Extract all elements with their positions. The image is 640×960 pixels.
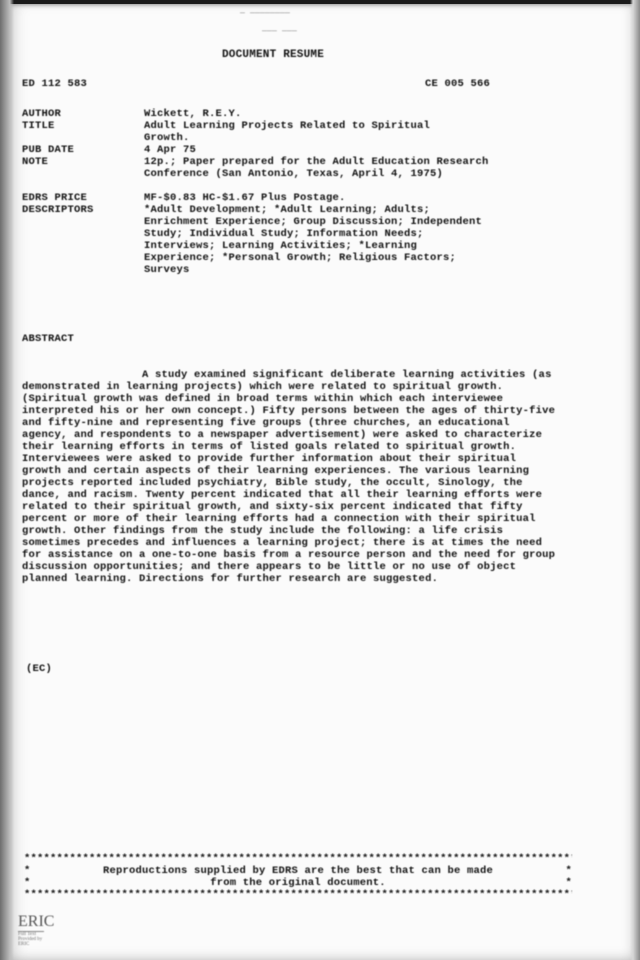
document-title: DOCUMENT RESUME	[222, 49, 324, 61]
field-pub-date: PUB DATE 4 Apr 75	[22, 144, 582, 156]
field-value: Adult Learning Projects Related to Spiri…	[144, 120, 582, 144]
field-label: NOTE	[22, 156, 144, 180]
abstract-tag: (EC)	[26, 663, 52, 675]
reproduction-notice: ****************************************…	[24, 853, 572, 901]
notice-edge-mark: *	[565, 877, 572, 889]
notice-border-top: ****************************************…	[24, 853, 572, 865]
field-value: 12p.; Paper prepared for the Adult Educa…	[144, 156, 582, 180]
header-stamp: — ————————	[240, 8, 290, 20]
field-title: TITLE Adult Learning Projects Related to…	[22, 120, 582, 144]
abstract-heading: ABSTRACT	[22, 333, 74, 345]
notice-text-1: Reproductions supplied by EDRS are the b…	[31, 865, 566, 877]
notice-line: * from the original document. *	[24, 877, 572, 889]
field-label: DESCRIPTORS	[22, 204, 144, 276]
field-author: AUTHOR Wickett, R.E.Y.	[22, 108, 582, 120]
scanned-page: — ———————— ——— ——— DOCUMENT RESUME ED 11…	[0, 0, 640, 960]
eric-logo-text: ERIC	[18, 913, 54, 931]
abstract-body: A study examined significant deliberate …	[22, 345, 557, 609]
field-label: EDRS PRICE	[22, 192, 144, 204]
field-value: Wickett, R.E.Y.	[144, 108, 582, 120]
scan-right-shadow	[630, 0, 640, 960]
ed-number: ED 112 583	[22, 78, 87, 90]
header-stamp-2: ——— ———	[262, 26, 297, 38]
eric-logo-subtext: Full Text Provided by ERIC	[18, 931, 44, 947]
scan-left-shadow	[0, 0, 14, 960]
scan-top-border	[0, 0, 640, 4]
abstract-text: A study examined significant deliberate …	[22, 369, 557, 585]
notice-line: * Reproductions supplied by EDRS are the…	[24, 865, 572, 877]
notice-border-bottom: ****************************************…	[24, 889, 572, 901]
notice-text-2: from the original document.	[31, 877, 566, 889]
field-value: MF-$0.83 HC-$1.67 Plus Postage.	[144, 192, 582, 204]
field-edrs-price: EDRS PRICE MF-$0.83 HC-$1.67 Plus Postag…	[22, 192, 582, 204]
field-descriptors: DESCRIPTORS *Adult Development; *Adult L…	[22, 204, 582, 276]
field-note: NOTE 12p.; Paper prepared for the Adult …	[22, 156, 582, 180]
field-label: PUB DATE	[22, 144, 144, 156]
field-value: 4 Apr 75	[144, 144, 582, 156]
ce-number: CE 005 566	[425, 78, 490, 90]
notice-edge-mark: *	[565, 865, 572, 877]
field-label: TITLE	[22, 120, 144, 144]
eric-logo: ERIC Full Text Provided by ERIC	[18, 913, 54, 947]
metadata-fields: AUTHOR Wickett, R.E.Y. TITLE Adult Learn…	[22, 108, 582, 276]
field-value: *Adult Development; *Adult Learning; Adu…	[144, 204, 582, 276]
field-label: AUTHOR	[22, 108, 144, 120]
